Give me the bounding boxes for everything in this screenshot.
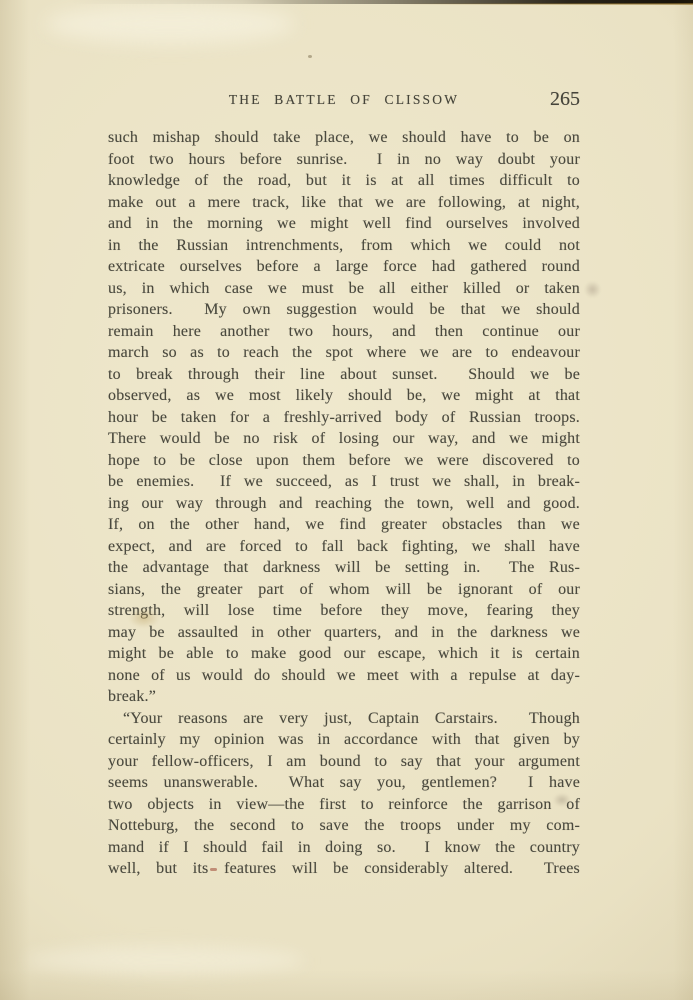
text-line: prisoners. My own suggestion would be th…	[108, 299, 580, 321]
text-line: two objects in view—the first to reinfor…	[108, 794, 580, 816]
text-line: knowledge of the road, but it is at all …	[108, 170, 580, 192]
text-line: the advantage that darkness will be sett…	[108, 557, 580, 579]
text-line: may be assaulted in other quarters, and …	[108, 622, 580, 644]
text-line: might be able to make good our escape, w…	[108, 643, 580, 665]
text-line: and in the morning we might well find ou…	[108, 213, 580, 235]
text-line: be enemies. If we succeed, as I trust we…	[108, 471, 580, 493]
book-page: THE BATTLE OF CLISSOW 265 such mishap sh…	[0, 0, 693, 1000]
text-line: sians, the greater part of whom will be …	[108, 579, 580, 601]
text-line: certainly my opinion was in accordance w…	[108, 729, 580, 751]
text-line: observed, as we most likely should be, w…	[108, 385, 580, 407]
paragraph: “Your reasons are very just, Captain Car…	[108, 708, 580, 880]
text-line: us, in which case we must be all either …	[108, 278, 580, 300]
text-line: seems unanswerable. What say you, gentle…	[108, 772, 580, 794]
text-line: break.”	[108, 686, 580, 708]
light-patch	[25, 946, 305, 974]
text-line: foot two hours before sunrise. I in no w…	[108, 149, 580, 171]
text-line: If, on the other hand, we find greater o…	[108, 514, 580, 536]
scan-top-edge-highlight	[393, 3, 693, 5]
text-line: in the Russian intrenchments, from which…	[108, 235, 580, 257]
paragraph: such mishap should take place, we should…	[108, 127, 580, 708]
text-line: ing our way through and reaching the tow…	[108, 493, 580, 515]
text-line: your fellow-officers, I am bound to say …	[108, 751, 580, 773]
text-line: hope to be close upon them before we wer…	[108, 450, 580, 472]
text-line: mand if I should fail in doing so. I kno…	[108, 837, 580, 859]
running-header-title: THE BATTLE OF CLISSOW	[108, 88, 580, 108]
page-number: 265	[550, 88, 580, 111]
text-line: extricate ourselves before a large force…	[108, 256, 580, 278]
running-header-row: THE BATTLE OF CLISSOW 265	[108, 88, 580, 112]
text-line: There would be no risk of losing our way…	[108, 428, 580, 450]
text-line: Notteburg, the second to save the troops…	[108, 815, 580, 837]
text-line: march so as to reach the spot where we a…	[108, 342, 580, 364]
text-line: well, but its features will be considera…	[108, 858, 580, 880]
text-line: “Your reasons are very just, Captain Car…	[108, 708, 580, 730]
page-text: such mishap should take place, we should…	[108, 127, 580, 880]
text-line: expect, and are forced to fall back figh…	[108, 536, 580, 558]
text-line: remain here another two hours, and then …	[108, 321, 580, 343]
text-line: hour be taken for a freshly-arrived body…	[108, 407, 580, 429]
text-line: make out a mere track, like that we are …	[108, 192, 580, 214]
text-line: such mishap should take place, we should…	[108, 127, 580, 149]
paper-stain	[308, 55, 312, 58]
paper-stain	[584, 281, 601, 298]
text-line: to break through their line about sunset…	[108, 364, 580, 386]
text-line: strength, will lose time before they mov…	[108, 600, 580, 622]
light-patch	[45, 4, 295, 44]
text-line: none of us would do should we meet with …	[108, 665, 580, 687]
